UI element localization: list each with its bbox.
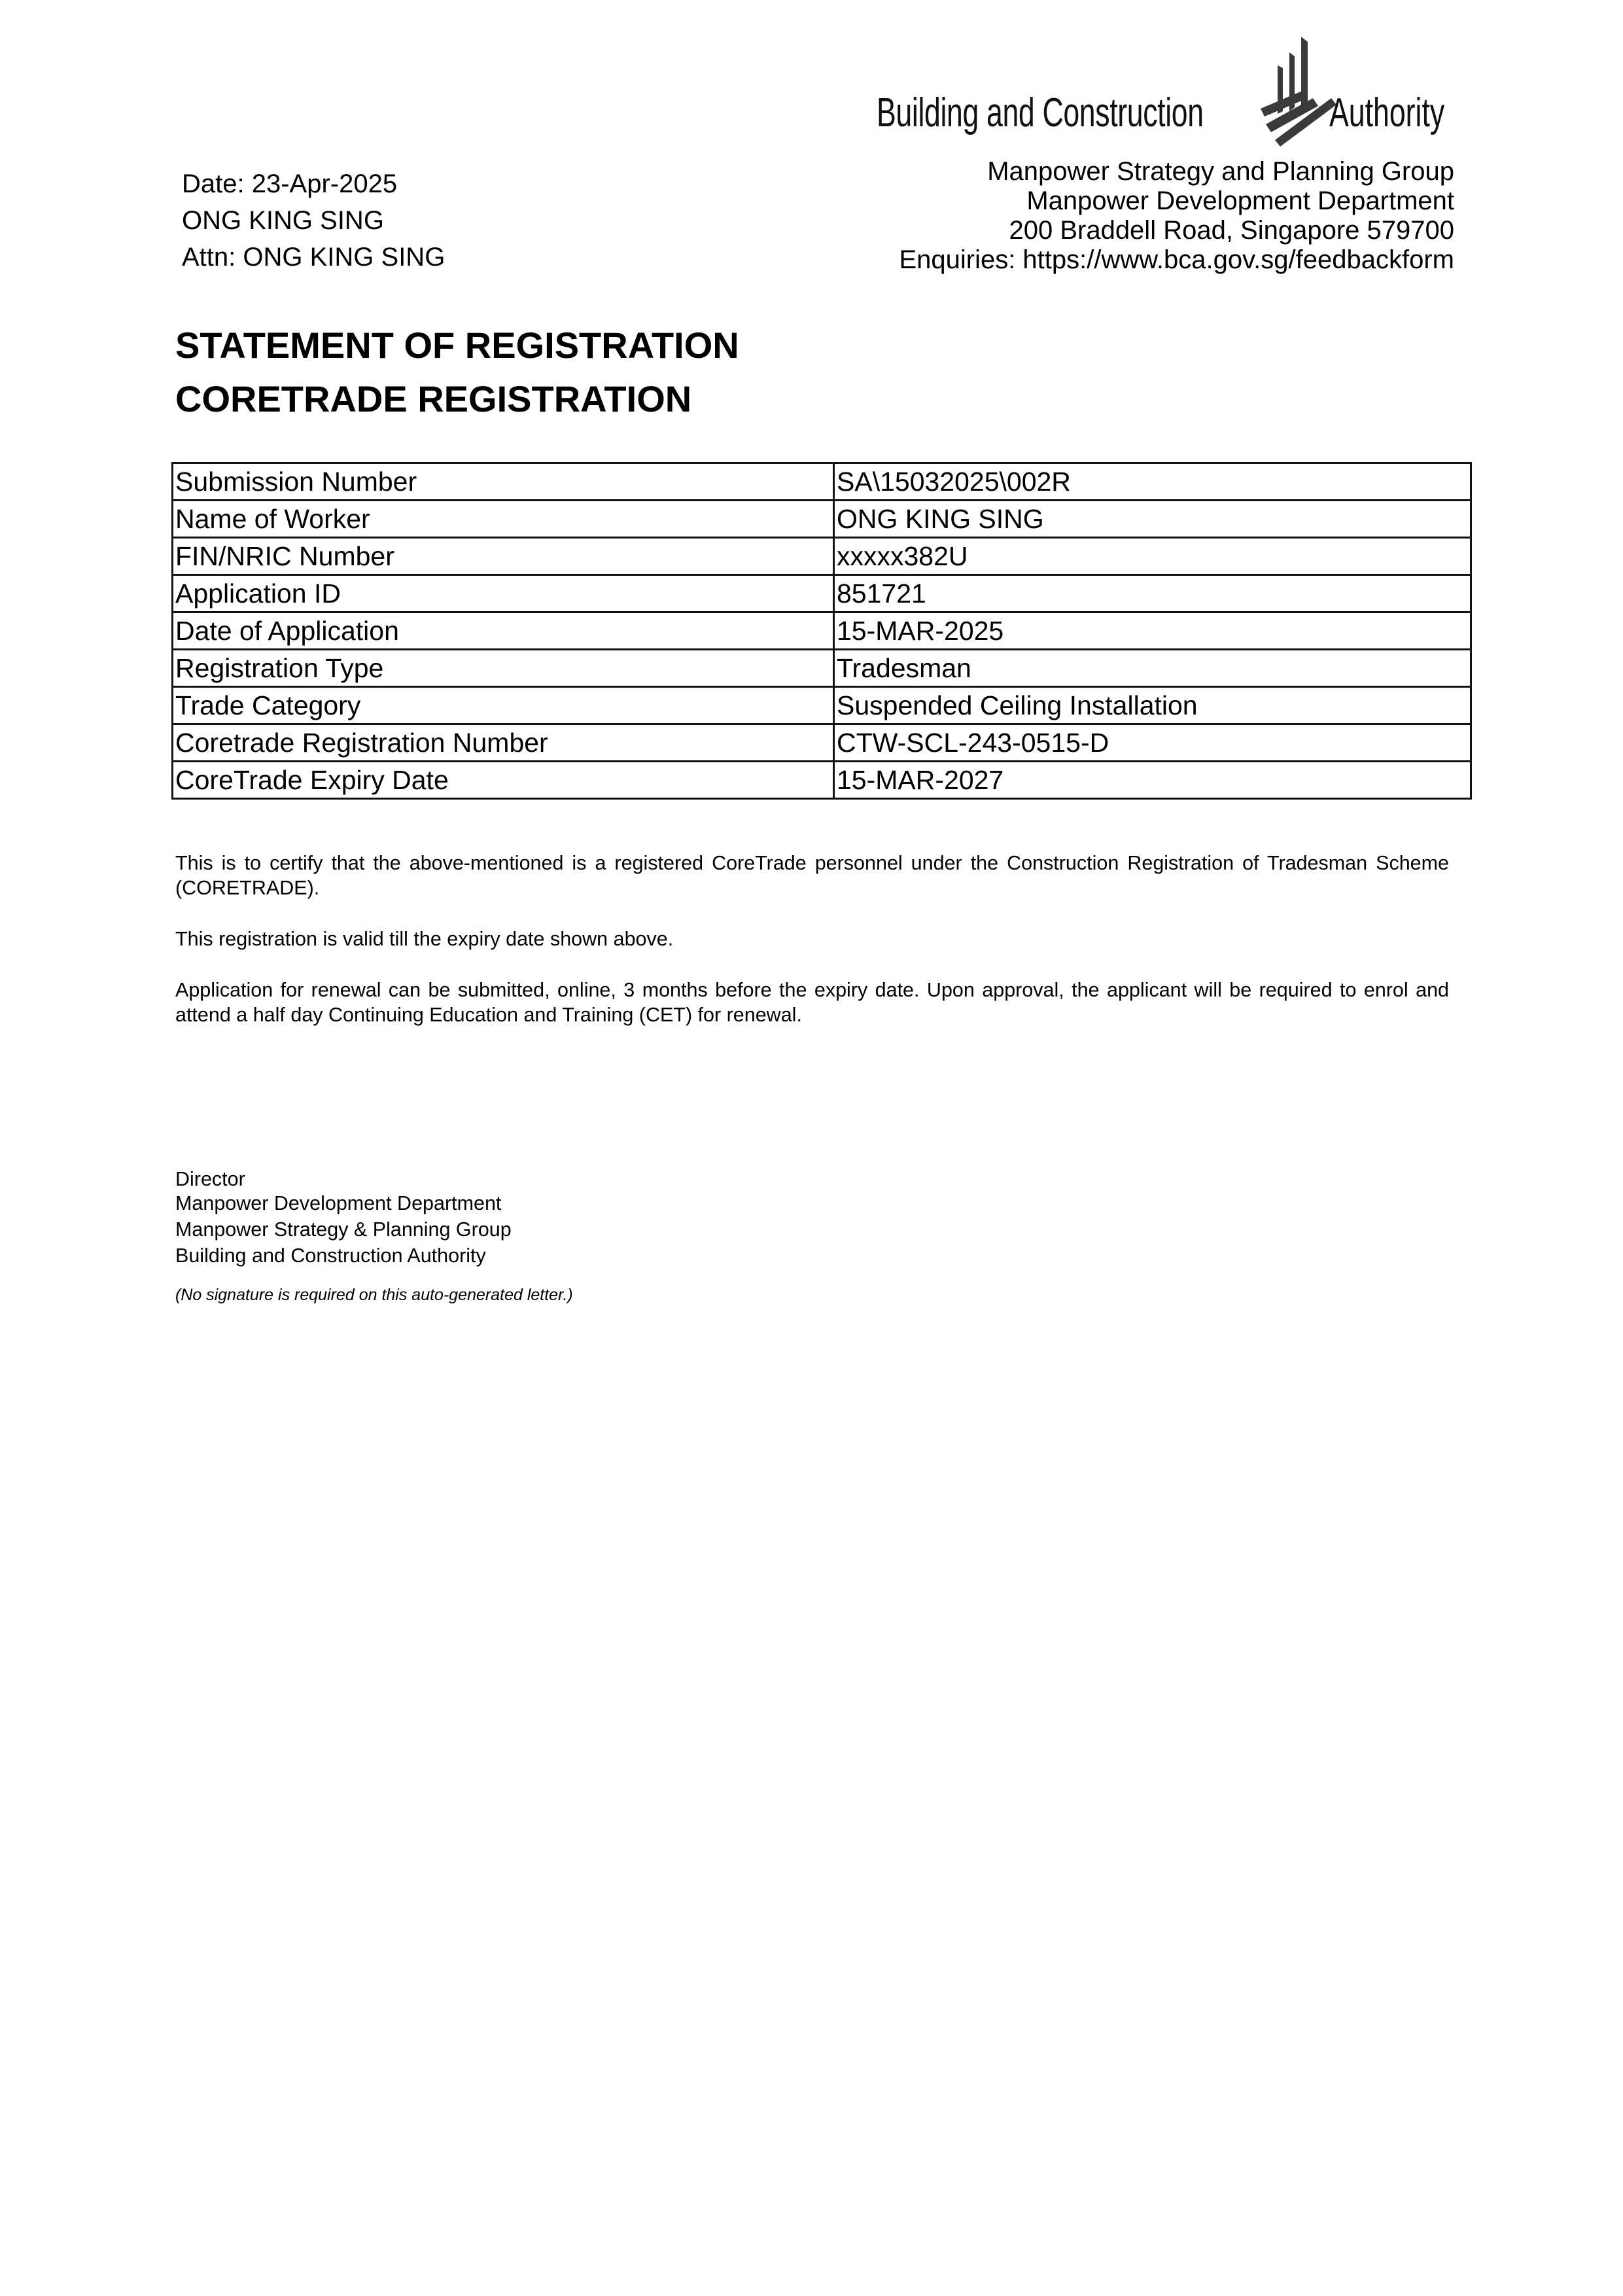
document-subtitle: CORETRADE REGISTRATION: [175, 372, 739, 426]
row-label: Registration Type: [173, 650, 834, 687]
logo-text-authority: Authority: [1329, 87, 1444, 139]
signatory-group: Manpower Strategy & Planning Group: [175, 1216, 512, 1243]
row-label: Submission Number: [173, 463, 834, 501]
sender-group: Manpower Strategy and Planning Group: [899, 157, 1454, 186]
renewal-paragraph: Application for renewal can be submitted…: [175, 978, 1449, 1027]
bca-logo: Building and Construction Authority: [877, 25, 1465, 149]
sender-department: Manpower Development Department: [899, 186, 1454, 216]
table-row: Application ID 851721: [173, 575, 1471, 612]
row-value: Tradesman: [834, 650, 1471, 687]
row-value: 15-MAR-2025: [834, 612, 1471, 650]
table-row: Name of Worker ONG KING SING: [173, 501, 1471, 538]
row-value: CTW-SCL-243-0515-D: [834, 724, 1471, 762]
signatory-title: Director: [175, 1167, 512, 1192]
letter-date: Date: 23-Apr-2025: [182, 166, 445, 202]
row-label: Trade Category: [173, 687, 834, 724]
recipient-name: ONG KING SING: [182, 202, 445, 239]
certification-paragraph: This is to certify that the above-mentio…: [175, 851, 1449, 900]
table-row: CoreTrade Expiry Date 15-MAR-2027: [173, 762, 1471, 799]
table-row: Date of Application 15-MAR-2025: [173, 612, 1471, 650]
bca-building-mark-icon: [1227, 25, 1338, 149]
signatory-department: Manpower Development Department: [175, 1190, 512, 1216]
sender-address: 200 Braddell Road, Singapore 579700: [899, 216, 1454, 245]
recipient-attn: Attn: ONG KING SING: [182, 239, 445, 275]
signatory-organisation: Building and Construction Authority: [175, 1243, 512, 1269]
registration-details-table: Submission Number SA\15032025\002R Name …: [171, 462, 1472, 800]
document-titles: STATEMENT OF REGISTRATION CORETRADE REGI…: [175, 319, 739, 426]
table-row: Submission Number SA\15032025\002R: [173, 463, 1471, 501]
table-row: Trade Category Suspended Ceiling Install…: [173, 687, 1471, 724]
row-label: Name of Worker: [173, 501, 834, 538]
row-value: SA\15032025\002R: [834, 463, 1471, 501]
recipient-block: Date: 23-Apr-2025 ONG KING SING Attn: ON…: [182, 166, 445, 275]
logo-text-building-and-construction: Building and Construction: [877, 87, 1204, 139]
row-label: CoreTrade Expiry Date: [173, 762, 834, 799]
row-value: 851721: [834, 575, 1471, 612]
row-label: FIN/NRIC Number: [173, 538, 834, 575]
row-value: xxxxx382U: [834, 538, 1471, 575]
row-value: 15-MAR-2027: [834, 762, 1471, 799]
document-title: STATEMENT OF REGISTRATION: [175, 319, 739, 372]
auto-generated-note: (No signature is required on this auto-g…: [175, 1284, 573, 1305]
table-row: FIN/NRIC Number xxxxx382U: [173, 538, 1471, 575]
sender-address-block: Manpower Strategy and Planning Group Man…: [899, 157, 1454, 275]
certification-body: This is to certify that the above-mentio…: [175, 851, 1449, 1053]
sender-enquiries: Enquiries: https://www.bca.gov.sg/feedba…: [899, 245, 1454, 275]
row-value: Suspended Ceiling Installation: [834, 687, 1471, 724]
row-value: ONG KING SING: [834, 501, 1471, 538]
row-label: Coretrade Registration Number: [173, 724, 834, 762]
signoff-block: Director Manpower Development Department…: [175, 1167, 512, 1269]
validity-paragraph: This registration is valid till the expi…: [175, 927, 1449, 951]
table-row: Registration Type Tradesman: [173, 650, 1471, 687]
row-label: Application ID: [173, 575, 834, 612]
table-row: Coretrade Registration Number CTW-SCL-24…: [173, 724, 1471, 762]
row-label: Date of Application: [173, 612, 834, 650]
